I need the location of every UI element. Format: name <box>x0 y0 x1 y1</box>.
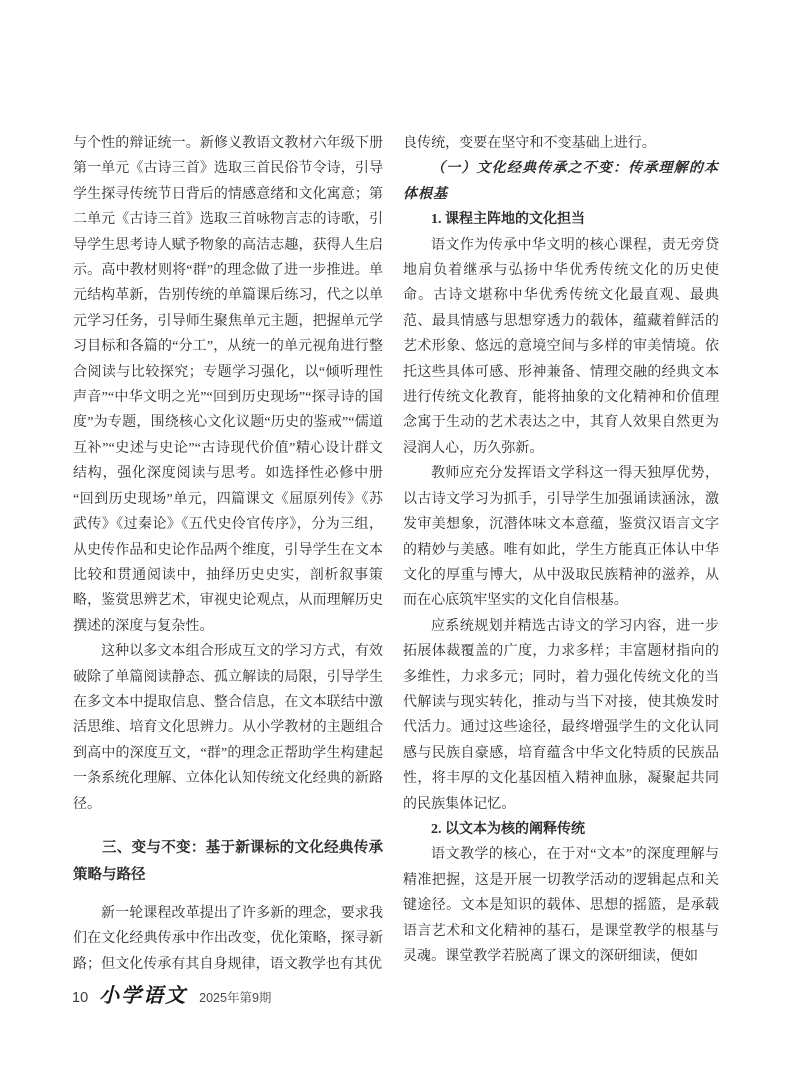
left-column: 与个性的辩证统一。新修义教语文教材六年级下册第一单元《古诗三首》选取三首民俗节令… <box>73 131 383 977</box>
body-paragraph: 语文作为传承中华文明的核心课程，责无旁贷地肩负着继承与弘扬中华优秀传统文化的历史… <box>403 233 719 462</box>
body-paragraph: 良传统，变要在坚守和不变基础上进行。 <box>403 131 719 156</box>
body-paragraph: 这种以多文本组合形成互文的学习方式，有效破除了单篇阅读静态、孤立解读的局限，引导… <box>73 639 383 817</box>
body-paragraph: 语文教学的核心，在于对“文本”的深度理解与精准把握，这是开展一切教学活动的逻辑起… <box>403 842 719 969</box>
body-paragraph: 与个性的辩证统一。新修义教语文教材六年级下册第一单元《古诗三首》选取三首民俗节令… <box>73 131 383 639</box>
body-paragraph: 新一轮课程改革提出了许多新的理念，要求我们在文化经典传承中作出改变，优化策略，探… <box>73 901 383 977</box>
right-column: 良传统，变要在坚守和不变基础上进行。 （一）文化经典传承之不变：传承理解的本体根… <box>403 131 719 969</box>
body-paragraph: 教师应充分发挥语文学科这一得天独厚优势，以古诗文学习为抓手，引导学生加强诵读涵泳… <box>403 461 719 613</box>
subsection-heading: （一）文化经典传承之不变：传承理解的本体根基 <box>403 156 719 207</box>
numbered-point-heading: 1. 课程主阵地的文化担当 <box>403 207 719 232</box>
body-paragraph: 应系统规划并精选古诗文的学习内容，进一步拓展体裁覆盖的广度，力求多样；丰富题材指… <box>403 614 719 817</box>
journal-logo: 小学语文 <box>99 979 187 1008</box>
page-footer: 10 小学语文 2025年第9期 <box>72 979 271 1008</box>
numbered-point-heading: 2. 以文本为核的阐释传统 <box>403 817 719 842</box>
journal-page: 与个性的辩证统一。新修义教语文教材六年级下册第一单元《古诗三首》选取三首民俗节令… <box>0 0 800 1077</box>
page-number: 10 <box>72 990 88 1006</box>
section-heading: 三、变与不变：基于新课标的文化经典传承策略与路径 <box>73 835 383 889</box>
issue-info: 2025年第9期 <box>199 988 271 1006</box>
